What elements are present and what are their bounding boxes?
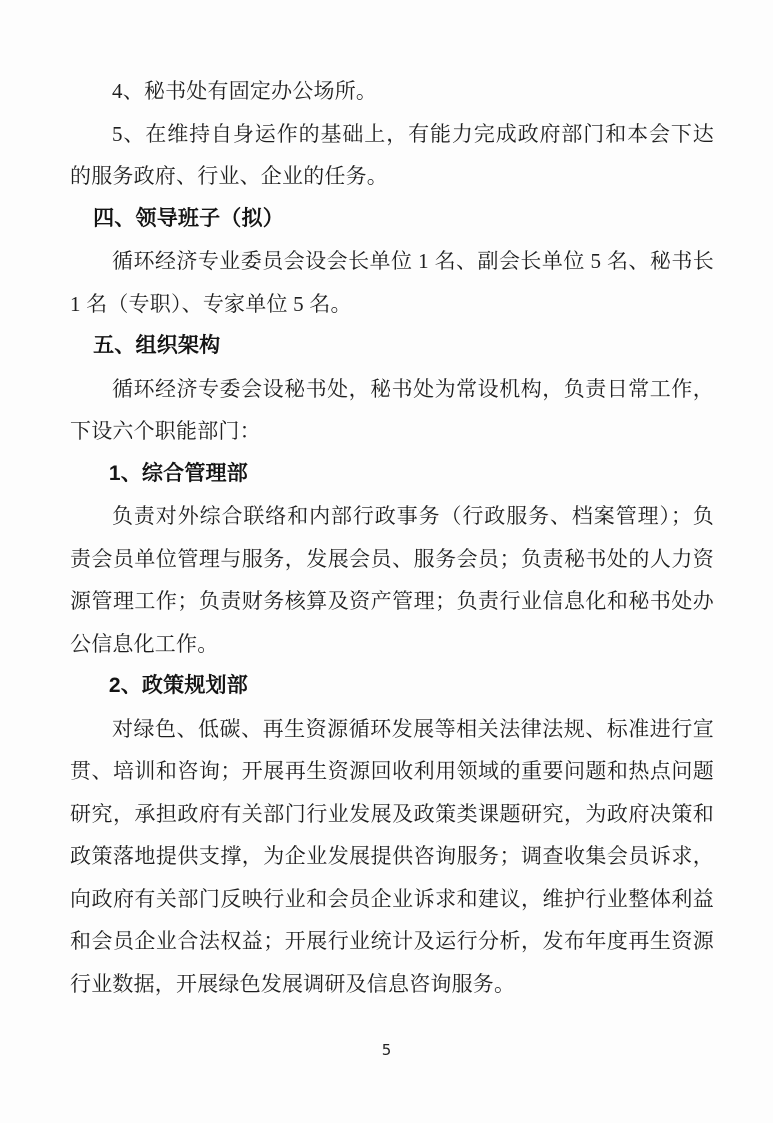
body-paragraph-self-operation: 5、在维持自身运作的基础上，有能力完成政府部门和本会下达的服务政府、行业、企业的… bbox=[70, 113, 714, 198]
page-number: 5 bbox=[0, 1040, 773, 1060]
section-heading-organization-structure: 五、组织架构 bbox=[70, 325, 714, 368]
body-paragraph-general-management-duties: 负责对外综合联络和内部行政事务（行政服务、档案管理）；负责会员单位管理与服务，发… bbox=[70, 495, 714, 665]
subsection-heading-general-management-dept: 1、综合管理部 bbox=[70, 453, 714, 496]
body-paragraph-office-space: 4、秘书处有固定办公场所。 bbox=[70, 70, 714, 113]
section-heading-leadership-team: 四、领导班子（拟） bbox=[70, 198, 714, 241]
subsection-heading-policy-planning-dept: 2、政策规划部 bbox=[70, 665, 714, 708]
document-body: 4、秘书处有固定办公场所。 5、在维持自身运作的基础上，有能力完成政府部门和本会… bbox=[70, 70, 714, 1005]
body-paragraph-policy-planning-duties: 对绿色、低碳、再生资源循环发展等相关法律法规、标准进行宣贯、培训和咨询；开展再生… bbox=[70, 708, 714, 1006]
document-page: 4、秘书处有固定办公场所。 5、在维持自身运作的基础上，有能力完成政府部门和本会… bbox=[0, 0, 773, 1123]
body-paragraph-leadership-units: 循环经济专业委员会设会长单位 1 名、副会长单位 5 名、秘书长 1 名（专职）… bbox=[70, 240, 714, 325]
body-paragraph-secretariat-setup: 循环经济专委会设秘书处，秘书处为常设机构，负责日常工作，下设六个职能部门： bbox=[70, 368, 714, 453]
